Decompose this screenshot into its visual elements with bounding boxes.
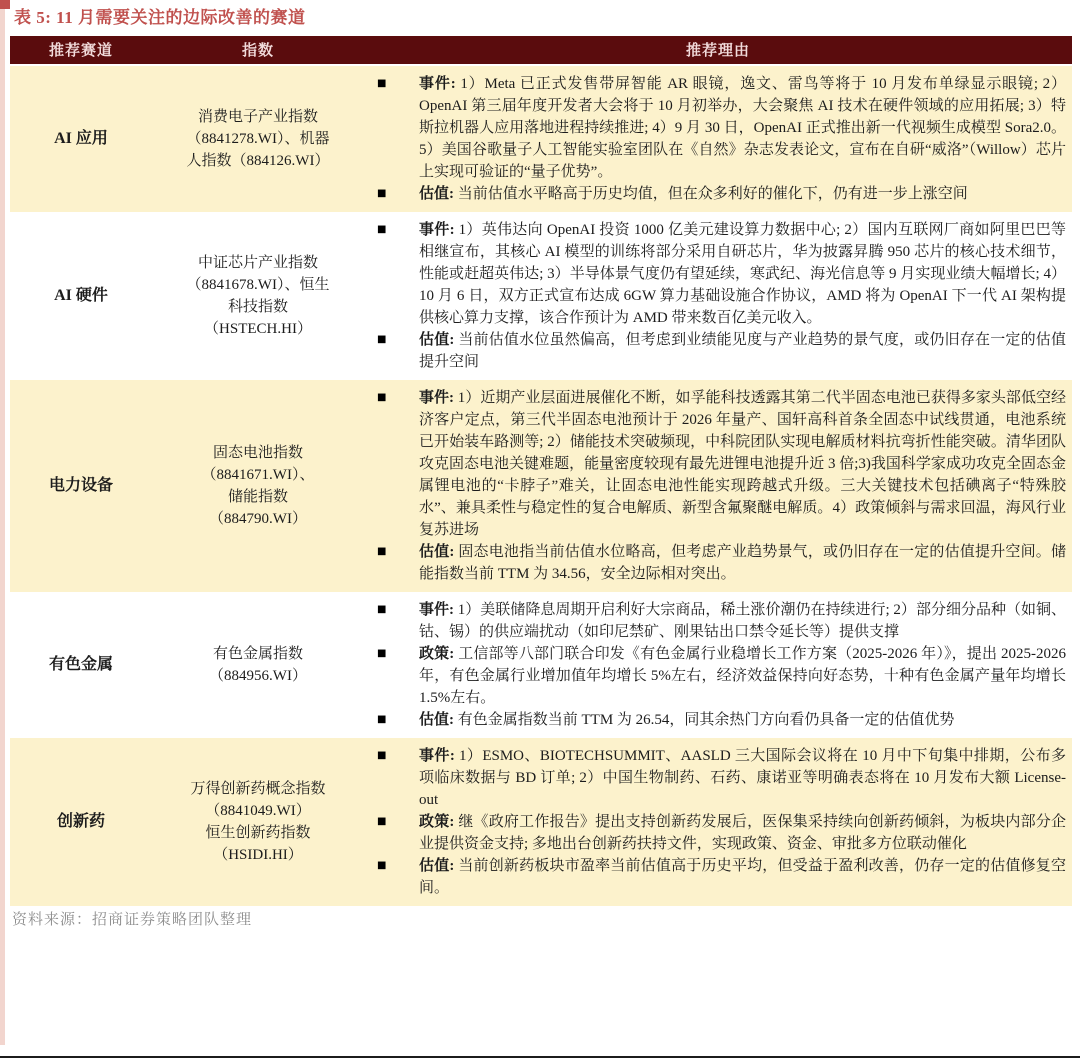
table-row: 创新药 万得创新药概念指数 （8841049.WI） 恒生创新药指数 （HSID… <box>10 738 1072 906</box>
reason-cell: ■ 事件: 1）ESMO、BIOTECHSUMMIT、AASLD 三大国际会议将… <box>364 738 1072 906</box>
reason-label: 政策: <box>419 646 458 662</box>
tracks-table: 推荐赛道 指数 推荐理由 AI 应用 消费电子产业指数 （8841278.WI）… <box>10 36 1072 906</box>
column-header-track: 推荐赛道 <box>10 36 152 65</box>
reason-text: 事件: 1）近期产业层面进展催化不断，如孚能科技透露其第二代半固态电池已获得多家… <box>419 387 1066 541</box>
reason-item: ■ 估值: 固态电池指当前估值水位略高，但考虑产业趋势景气，或仍旧存在一定的估值… <box>374 541 1066 585</box>
source-note: 资料来源：招商证券策略团队整理 <box>10 906 1072 930</box>
reason-body: 1）Meta 已正式发售带屏智能 AR 眼镜，逸文、雷鸟等将于 10 月发布单绿… <box>419 76 1066 180</box>
reason-text: 估值: 有色金属指数当前 TTM 为 26.54，同其余热门方向看仍具备一定的估… <box>419 709 1066 731</box>
reason-item: ■ 事件: 1）Meta 已正式发售带屏智能 AR 眼镜，逸文、雷鸟等将于 10… <box>374 73 1066 183</box>
track-cell: 电力设备 <box>10 380 152 592</box>
reason-cell: ■ 事件: 1）近期产业层面进展催化不断，如孚能科技透露其第二代半固态电池已获得… <box>364 380 1072 592</box>
reason-text: 估值: 固态电池指当前估值水位略高，但考虑产业趋势景气，或仍旧存在一定的估值提升… <box>419 541 1066 585</box>
table-body: AI 应用 消费电子产业指数 （8841278.WI）、机器 人指数（88412… <box>10 65 1072 906</box>
reason-cell: ■ 事件: 1）英伟达向 OpenAI 投资 1000 亿美元建设算力数据中心;… <box>364 212 1072 380</box>
table-row: AI 应用 消费电子产业指数 （8841278.WI）、机器 人指数（88412… <box>10 65 1072 212</box>
track-cell: 有色金属 <box>10 592 152 738</box>
square-bullet-icon: ■ <box>374 855 419 877</box>
reason-text: 事件: 1）Meta 已正式发售带屏智能 AR 眼镜，逸文、雷鸟等将于 10 月… <box>419 73 1066 183</box>
square-bullet-icon: ■ <box>374 745 419 767</box>
square-bullet-icon: ■ <box>374 541 419 563</box>
index-cell: 有色金属指数 （884956.WI） <box>152 592 364 738</box>
index-cell: 固态电池指数 （8841671.WI）、 储能指数 （884790.WI） <box>152 380 364 592</box>
table-row: 电力设备 固态电池指数 （8841671.WI）、 储能指数 （884790.W… <box>10 380 1072 592</box>
reason-item: ■ 估值: 当前估值水平略高于历史均值，但在众多利好的催化下，仍有进一步上涨空间 <box>374 183 1066 205</box>
square-bullet-icon: ■ <box>374 183 419 205</box>
column-header-index: 指数 <box>152 36 364 65</box>
reason-text: 事件: 1）ESMO、BIOTECHSUMMIT、AASLD 三大国际会议将在 … <box>419 745 1066 811</box>
square-bullet-icon: ■ <box>374 643 419 665</box>
page-left-edge <box>0 0 5 1045</box>
reason-label: 政策: <box>419 814 458 830</box>
reason-label: 事件: <box>419 222 459 238</box>
track-cell: 创新药 <box>10 738 152 906</box>
reason-text: 估值: 当前估值水位虽然偏高，但考虑到业绩能见度与产业趋势的景气度，或仍旧存在一… <box>419 329 1066 373</box>
reason-body: 继《政府工作报告》提出支持创新药发展后，医保集采持续向创新药倾斜，为板块内部分企… <box>419 814 1066 852</box>
reason-item: ■ 政策: 继《政府工作报告》提出支持创新药发展后，医保集采持续向创新药倾斜，为… <box>374 811 1066 855</box>
reason-label: 事件: <box>419 748 459 764</box>
reason-label: 估值: <box>419 712 458 728</box>
square-bullet-icon: ■ <box>374 599 419 621</box>
square-bullet-icon: ■ <box>374 387 419 409</box>
table-row: AI 硬件 中证芯片产业指数 （8841678.WI）、恒生 科技指数 （HST… <box>10 212 1072 380</box>
table-title: 表 5: 11 月需要关注的边际改善的赛道 <box>10 3 1072 36</box>
table-row: 有色金属 有色金属指数 （884956.WI） ■ 事件: 1）美联储降息周期开… <box>10 592 1072 738</box>
square-bullet-icon: ■ <box>374 329 419 351</box>
reason-item: ■ 事件: 1）英伟达向 OpenAI 投资 1000 亿美元建设算力数据中心;… <box>374 219 1066 329</box>
track-cell: AI 硬件 <box>10 212 152 380</box>
research-report-table-page: 表 5: 11 月需要关注的边际改善的赛道 推荐赛道 指数 推荐理由 AI 应用… <box>0 0 1080 1060</box>
reason-body: 1）近期产业层面进展催化不断，如孚能科技透露其第二代半固态电池已获得多家头部低空… <box>419 390 1066 538</box>
table-header-row: 推荐赛道 指数 推荐理由 <box>10 36 1072 65</box>
bottom-rule <box>0 1056 1080 1058</box>
reason-body: 1）ESMO、BIOTECHSUMMIT、AASLD 三大国际会议将在 10 月… <box>419 748 1066 808</box>
square-bullet-icon: ■ <box>374 219 419 241</box>
reason-label: 事件: <box>419 390 458 406</box>
square-bullet-icon: ■ <box>374 811 419 833</box>
reason-item: ■ 政策: 工信部等八部门联合印发《有色金属行业稳增长工作方案（2025-202… <box>374 643 1066 709</box>
reason-item: ■ 事件: 1）美联储降息周期开启利好大宗商品，稀土涨价潮仍在持续进行; 2）部… <box>374 599 1066 643</box>
column-header-reason: 推荐理由 <box>364 36 1072 65</box>
reason-body: 工信部等八部门联合印发《有色金属行业稳增长工作方案（2025-2026 年）》，… <box>419 646 1066 706</box>
reason-text: 政策: 继《政府工作报告》提出支持创新药发展后，医保集采持续向创新药倾斜，为板块… <box>419 811 1066 855</box>
reason-text: 政策: 工信部等八部门联合印发《有色金属行业稳增长工作方案（2025-2026 … <box>419 643 1066 709</box>
reason-label: 估值: <box>419 186 458 202</box>
reason-cell: ■ 事件: 1）Meta 已正式发售带屏智能 AR 眼镜，逸文、雷鸟等将于 10… <box>364 65 1072 212</box>
reason-item: ■ 估值: 当前估值水位虽然偏高，但考虑到业绩能见度与产业趋势的景气度，或仍旧存… <box>374 329 1066 373</box>
reason-item: ■ 估值: 有色金属指数当前 TTM 为 26.54，同其余热门方向看仍具备一定… <box>374 709 1066 731</box>
square-bullet-icon: ■ <box>374 73 419 95</box>
reason-body: 1）英伟达向 OpenAI 投资 1000 亿美元建设算力数据中心; 2）国内互… <box>419 222 1066 326</box>
reason-label: 估值: <box>419 858 458 874</box>
reason-label: 事件: <box>419 602 458 618</box>
reason-cell: ■ 事件: 1）美联储降息周期开启利好大宗商品，稀土涨价潮仍在持续进行; 2）部… <box>364 592 1072 738</box>
reason-body: 当前创新药板块市盈率当前估值高于历史平均，但受益于盈利改善，仍存一定的估值修复空… <box>419 858 1066 896</box>
index-cell: 中证芯片产业指数 （8841678.WI）、恒生 科技指数 （HSTECH.HI… <box>152 212 364 380</box>
index-cell: 消费电子产业指数 （8841278.WI）、机器 人指数（884126.WI） <box>152 65 364 212</box>
page-left-edge-accent <box>0 0 10 9</box>
index-cell: 万得创新药概念指数 （8841049.WI） 恒生创新药指数 （HSIDI.HI… <box>152 738 364 906</box>
reason-body: 有色金属指数当前 TTM 为 26.54，同其余热门方向看仍具备一定的估值优势 <box>458 712 955 728</box>
reason-text: 估值: 当前创新药板块市盈率当前估值高于历史平均，但受益于盈利改善，仍存一定的估… <box>419 855 1066 899</box>
reason-text: 事件: 1）英伟达向 OpenAI 投资 1000 亿美元建设算力数据中心; 2… <box>419 219 1066 329</box>
square-bullet-icon: ■ <box>374 709 419 731</box>
reason-text: 事件: 1）美联储降息周期开启利好大宗商品，稀土涨价潮仍在持续进行; 2）部分细… <box>419 599 1066 643</box>
reason-item: ■ 事件: 1）ESMO、BIOTECHSUMMIT、AASLD 三大国际会议将… <box>374 745 1066 811</box>
reason-label: 估值: <box>419 544 458 560</box>
reason-body: 当前估值水平略高于历史均值，但在众多利好的催化下，仍有进一步上涨空间 <box>458 186 968 202</box>
reason-item: ■ 事件: 1）近期产业层面进展催化不断，如孚能科技透露其第二代半固态电池已获得… <box>374 387 1066 541</box>
reason-body: 当前估值水位虽然偏高，但考虑到业绩能见度与产业趋势的景气度，或仍旧存在一定的估值… <box>419 332 1066 370</box>
track-cell: AI 应用 <box>10 65 152 212</box>
reason-label: 事件: <box>419 76 460 92</box>
reason-text: 估值: 当前估值水平略高于历史均值，但在众多利好的催化下，仍有进一步上涨空间 <box>419 183 1066 205</box>
reason-label: 估值: <box>419 332 458 348</box>
reason-body: 固态电池指当前估值水位略高，但考虑产业趋势景气，或仍旧存在一定的估值提升空间。储… <box>419 544 1066 582</box>
reason-body: 1）美联储降息周期开启利好大宗商品，稀土涨价潮仍在持续进行; 2）部分细分品种（… <box>419 602 1066 640</box>
reason-item: ■ 估值: 当前创新药板块市盈率当前估值高于历史平均，但受益于盈利改善，仍存一定… <box>374 855 1066 899</box>
